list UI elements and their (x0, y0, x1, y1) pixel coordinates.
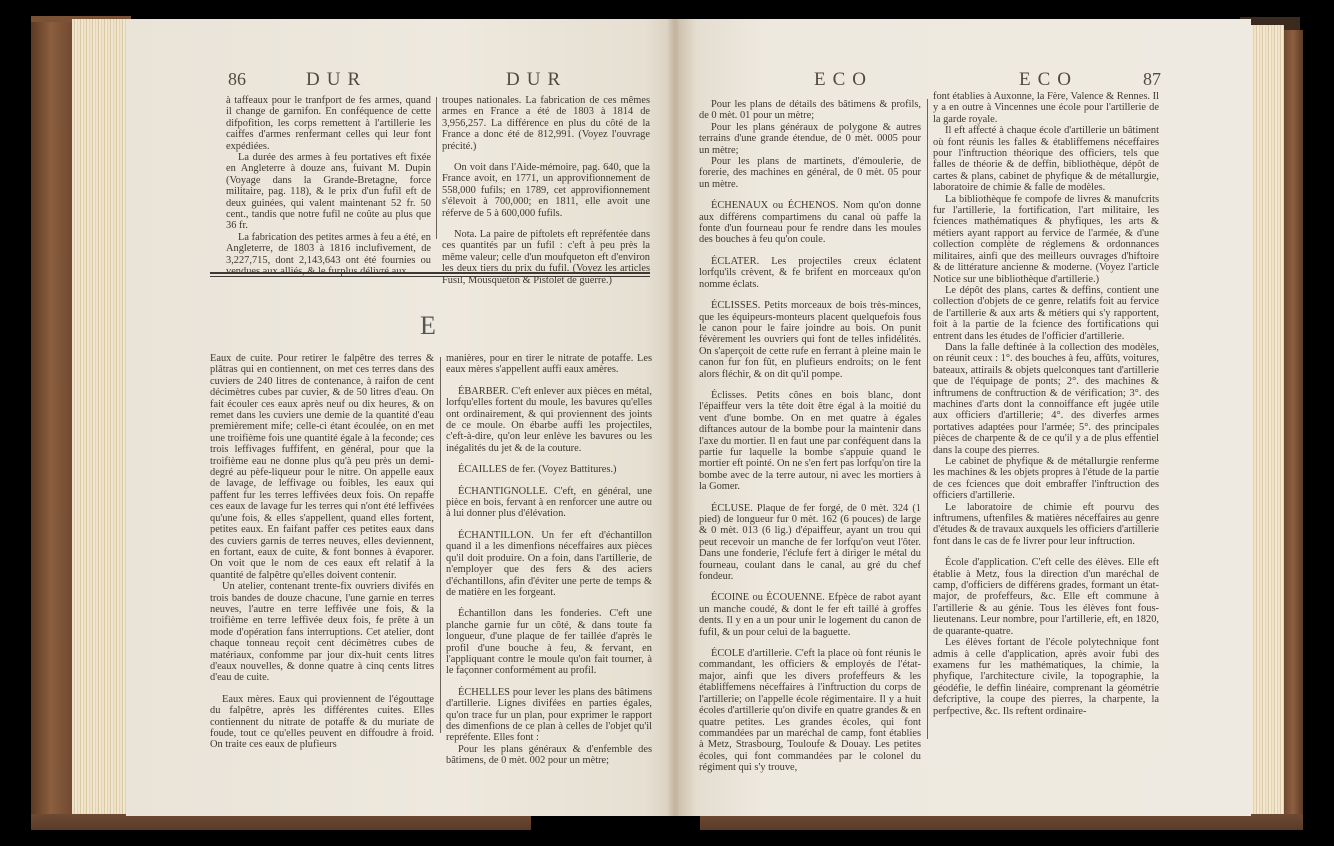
paragraph: Pour les plans de détails des bâtimens &… (699, 99, 921, 122)
entry-eclater: ÉCLATER. Les projectiles creux éclatent … (699, 256, 921, 290)
entry-ecailles: ÉCAILLES de fer. (Voyez Battitures.) (446, 464, 652, 475)
paragraph: Pour les plans de martinets, d'émoulerie… (699, 156, 921, 190)
left-bottom-column-2: manières, pour en tirer le nitrate de po… (446, 353, 652, 767)
column-divider (440, 357, 441, 733)
entry-eclisses-bombe: Éclisses. Petits cônes en bois blanc, do… (699, 390, 921, 493)
left-top-column-2: troupes nationales. La fabrication de ce… (442, 95, 650, 286)
bottom-cover-left (31, 814, 531, 830)
right-page: ECO ECO 87 Pour les plans de détails des… (679, 19, 1251, 816)
left-bottom-column-1: Eaux de cuite. Pour retirer le falpêtre … (210, 353, 434, 751)
column-divider (436, 97, 437, 239)
paragraph: La durée des armes à feu portatives eft … (226, 152, 431, 232)
running-head-left-b: DUR (506, 69, 567, 91)
page-number-left: 86 (228, 69, 246, 90)
entry-eaux-meres: Eaux mères. Eaux qui proviennent de l'ég… (210, 694, 434, 751)
running-head-right-a: ECO (814, 69, 873, 91)
section-letter: E (420, 311, 436, 341)
entry-ecole-application: École d'application. C'eft celle des élè… (933, 557, 1159, 637)
running-head-right-b: ECO (1019, 69, 1078, 91)
left-page: 86 DUR DUR à taffeaux pour le tranfport … (126, 19, 673, 816)
paragraph: Le dépôt des plans, cartes & deffins, co… (933, 285, 1159, 342)
entry-ecluse: ÉCLUSE. Plaque de fer forgé, de 0 mèt. 3… (699, 503, 921, 583)
left-page-edges (72, 19, 126, 822)
paragraph: La fabrication des petites armes à feu a… (226, 232, 431, 278)
entry-ecole-artillerie: ÉCOLE d'artillerie. C'eft la place où fo… (699, 648, 921, 773)
entry-eaux-de-cuite: Eaux de cuite. Pour retirer le falpêtre … (210, 353, 434, 581)
right-column-1: Pour les plans de détails des bâtimens &… (699, 99, 921, 774)
paragraph: Le cabinet de phyfique & de métallurgie … (933, 456, 1159, 502)
paragraph: Le laboratoire de chimie eft pourvu des … (933, 502, 1159, 548)
entry-echantillon: ÉCHANTILLON. Un fer eft d'échantillon qu… (446, 530, 652, 598)
paragraph: Les élèves fortant de l'école polytechni… (933, 637, 1159, 717)
entry-ebarber: ÉBARBER. C'eft enlever aux pièces en mét… (446, 386, 652, 454)
paragraph: Pour les plans généraux de polygone & au… (699, 122, 921, 156)
paragraph: Un atelier, contenant trente-fix ouvrier… (210, 581, 434, 684)
right-book-cover (1283, 30, 1303, 830)
paragraph: font établies à Auxonne, la Fère, Valenc… (933, 91, 1159, 125)
left-top-column-1: à taffeaux pour le tranfport de fes arme… (226, 95, 431, 278)
section-rule-thin (210, 276, 650, 277)
left-book-cover (31, 16, 75, 830)
right-column-2: font établies à Auxonne, la Fère, Valenc… (933, 91, 1159, 717)
entry-ecoine: ÉCOINE ou ÉCOUENNE. Efpèce de rabot ayan… (699, 592, 921, 638)
right-page-edges (1248, 25, 1284, 815)
paragraph: troupes nationales. La fabrication de ce… (442, 95, 650, 152)
entry-eclisses: ÉCLISSES. Petits morceaux de bois très-m… (699, 300, 921, 380)
paragraph: La bibliothèque fe compofe de livres & m… (933, 194, 1159, 285)
bottom-cover-right (700, 814, 1303, 830)
running-head-left-a: DUR (306, 69, 367, 91)
paragraph: Pour les plans généraux & d'enfemble des… (446, 744, 652, 767)
paragraph: manières, pour en tirer le nitrate de po… (446, 353, 652, 376)
paragraph: à taffeaux pour le tranfport de fes arme… (226, 95, 431, 152)
paragraph: On voit dans l'Aide-mémoire, pag. 640, q… (442, 162, 650, 219)
paragraph: Il eft affecté à chaque école d'artiller… (933, 125, 1159, 193)
entry-echantillon-fonderies: Échantillon dans les fonderies. C'eft un… (446, 608, 652, 676)
entry-echantignolle: ÉCHANTIGNOLLE. C'eft, en général, une pi… (446, 486, 652, 520)
section-rule-thick (210, 272, 650, 274)
column-divider (927, 99, 928, 739)
page-number-right: 87 (1143, 69, 1161, 90)
paragraph: Nota. La paire de piftolets eft repréfen… (442, 229, 650, 286)
entry-echelles: ÉCHELLES pour lever les plans des bâtime… (446, 687, 652, 744)
paragraph: Dans la falle deftinée à la collection d… (933, 342, 1159, 456)
entry-echenaux: ÉCHENAUX ou ÉCHENOS. Nom qu'on donne aux… (699, 200, 921, 246)
